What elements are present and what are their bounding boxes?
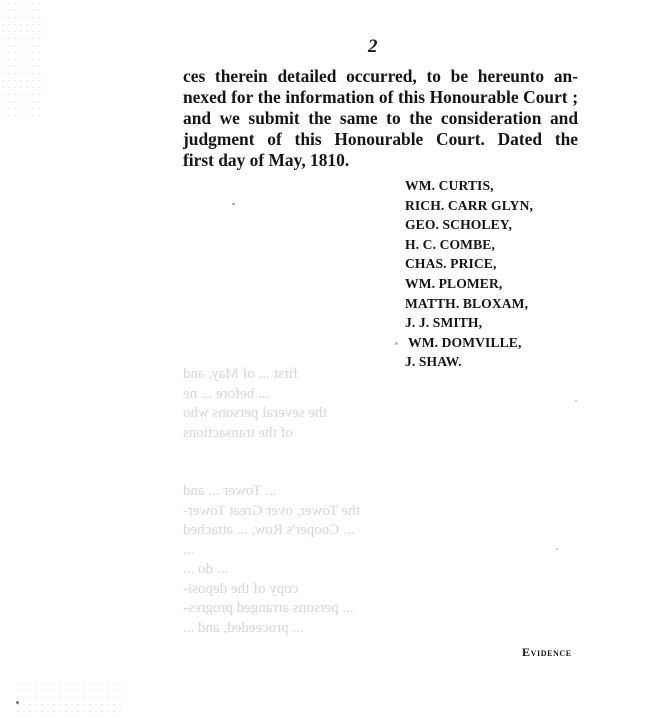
bleed-through-text: first ... of May, and ... before ... ne … <box>183 365 423 638</box>
signatory: WM. DOMVILLE, <box>405 333 533 353</box>
catchword: Evidence <box>522 645 572 660</box>
bleed-line <box>183 443 423 463</box>
signatory: GEO. SCHOLEY, <box>405 215 533 235</box>
body-line: judgment of this Honourable Court. Dated… <box>183 129 578 150</box>
scan-speck <box>575 400 577 402</box>
page-number: 2 <box>368 36 378 58</box>
body-line: ces therein detailed occurred, to be her… <box>183 66 578 87</box>
bleed-line: ... Tower ... and <box>183 482 423 502</box>
bleed-line: of the transactions <box>183 424 423 444</box>
scan-speck <box>16 701 19 704</box>
bleed-line: ... <box>183 541 423 561</box>
bleed-line: copy of the deposi- <box>183 580 423 600</box>
scan-speck <box>232 203 235 205</box>
bleed-line: ... before ... ne <box>183 385 423 405</box>
signatory: J. J. SMITH, <box>405 313 533 333</box>
signatory: WM. CURTIS, <box>405 176 533 196</box>
signatory: RICH. CARR GLYN, <box>405 196 533 216</box>
scan-speck <box>395 342 398 345</box>
body-paragraph: ces therein detailed occurred, to be her… <box>183 66 578 171</box>
signatory: WM. PLOMER, <box>405 274 533 294</box>
signatory: H. C. COMBE, <box>405 235 533 255</box>
body-line: nexed for the information of this Honour… <box>183 87 578 108</box>
signatory: CHAS. PRICE, <box>405 254 533 274</box>
document-page: 2 ces therein detailed occurred, to be h… <box>0 0 658 718</box>
scan-noise-bottom-left <box>15 680 125 718</box>
bleed-line: ... persons arranged progres- <box>183 599 423 619</box>
body-line: and we submit the same to the considerat… <box>183 108 578 129</box>
bleed-line: ... proceeded, and ... <box>183 619 423 639</box>
scan-speck <box>556 548 558 550</box>
signatory: MATTH. BLOXAM, <box>405 294 533 314</box>
bleed-line: ... do ... <box>183 560 423 580</box>
bleed-line: the Tower, over Great Tower- <box>183 502 423 522</box>
bleed-line: ... Cooper's Row, ... attached <box>183 521 423 541</box>
bleed-line: the several persons who <box>183 404 423 424</box>
bleed-line <box>183 463 423 483</box>
body-line: first day of May, 1810. <box>183 150 578 171</box>
scan-noise-left-top <box>0 0 45 120</box>
bleed-line: first ... of May, and <box>183 365 423 385</box>
signatory-list: WM. CURTIS, RICH. CARR GLYN, GEO. SCHOLE… <box>405 176 533 372</box>
signatory: J. SHAW. <box>405 352 533 372</box>
